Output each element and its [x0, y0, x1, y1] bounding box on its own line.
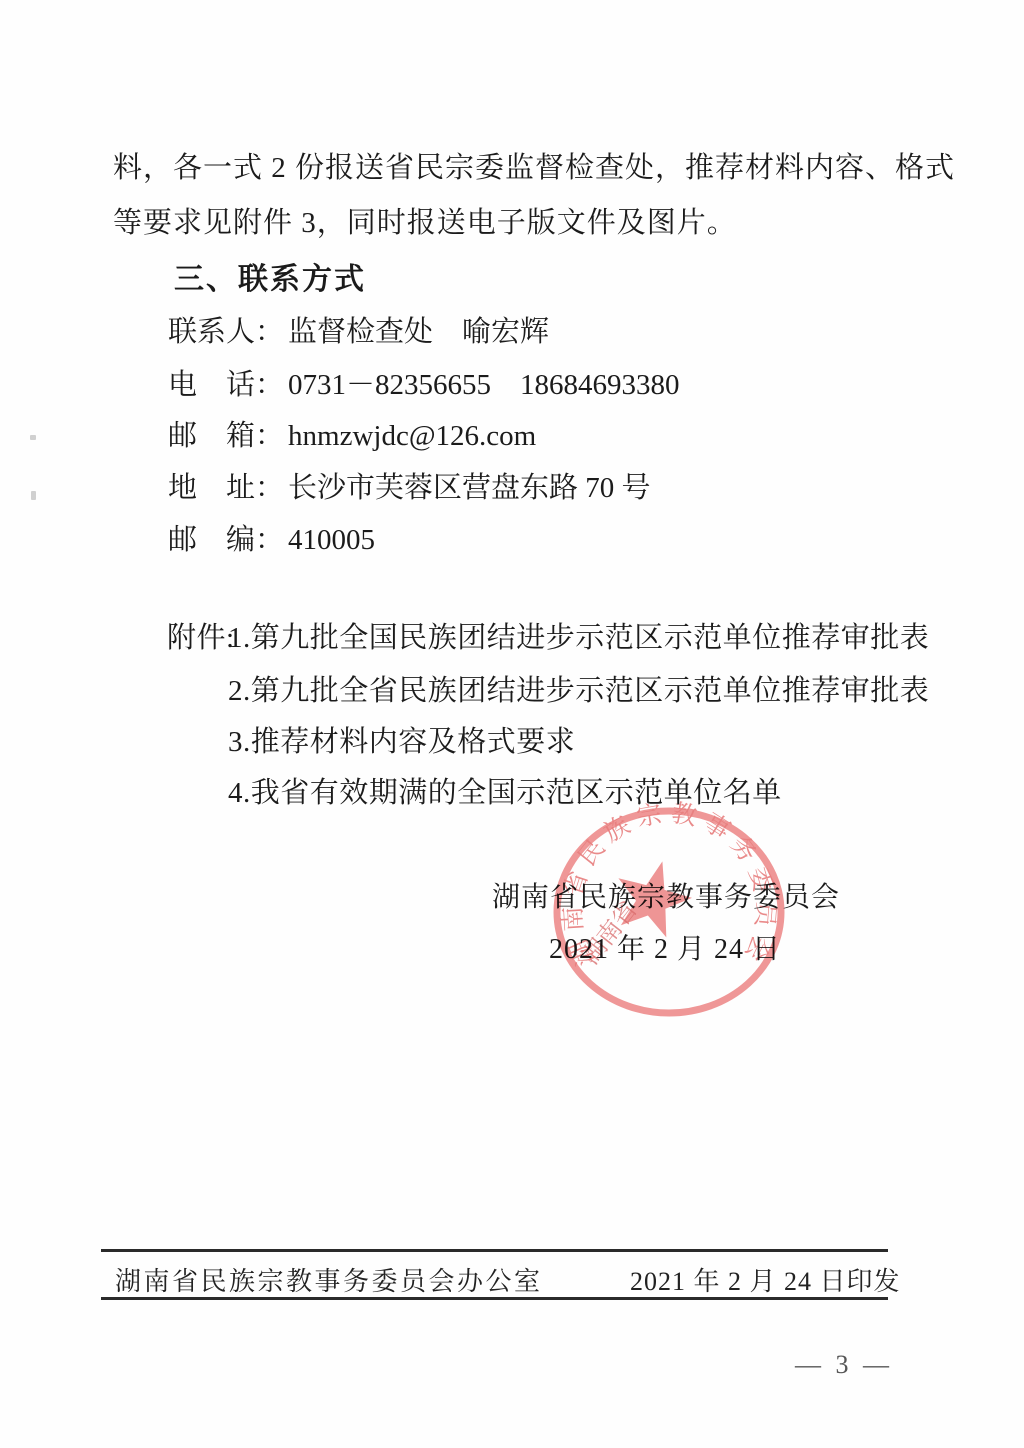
- contact-value: 监督检查处 喻宏辉: [288, 309, 549, 350]
- attachments-label: 附件:: [167, 615, 235, 656]
- footer-print-date: 2021 年 2 月 24 日印发: [630, 1261, 901, 1298]
- attachment-item-3: 3.推荐材料内容及格式要求: [228, 719, 575, 760]
- scan-speck: [30, 435, 36, 440]
- attachment-item-1: 1.第九批全国民族团结进步示范区示范单位推荐审批表: [228, 615, 929, 656]
- contact-row-address: 地 址：长沙市芙蓉区营盘东路 70 号: [168, 465, 651, 506]
- attachment-item-2: 2.第九批全省民族团结进步示范区示范单位推荐审批表: [228, 668, 929, 709]
- contact-value: 0731－82356655 18684693380: [288, 362, 680, 403]
- scanned-document-page: 料，各一式 2 份报送省民宗委监督检查处，推荐材料内容、格式 等要求见附件 3，…: [0, 0, 1024, 1448]
- contact-label: 地 址：: [168, 465, 284, 506]
- body-line-1: 料，各一式 2 份报送省民宗委监督检查处，推荐材料内容、格式: [113, 145, 955, 186]
- contact-row-phone: 电 话：0731－82356655 18684693380: [168, 362, 680, 403]
- page-number: — 3 —: [795, 1350, 893, 1380]
- contact-row-person: 联系人：监督检查处 喻宏辉: [168, 309, 549, 350]
- contact-label: 电 话：: [168, 362, 284, 403]
- scan-speck: [31, 491, 36, 500]
- contact-label: 联系人：: [168, 309, 284, 350]
- body-line-2: 等要求见附件 3，同时报送电子版文件及图片。: [113, 200, 737, 241]
- contact-label: 邮 编：: [168, 517, 284, 558]
- contact-label: 邮 箱：: [168, 413, 284, 454]
- contact-row-postcode: 邮 编：410005: [168, 517, 375, 558]
- contact-row-email: 邮 箱：hnmzwjdc@126.com: [168, 413, 536, 454]
- footer-issuing-office: 湖南省民族宗教事务委员会办公室: [115, 1261, 543, 1298]
- footer-rule-top: [101, 1249, 888, 1252]
- official-seal: 湖南省民族宗教事务委员会 湖南省: [548, 800, 790, 1026]
- contact-value: 410005: [288, 524, 375, 557]
- section-heading: 三、联系方式: [174, 254, 366, 298]
- contact-value: hnmzwjdc@126.com: [288, 420, 536, 453]
- footer-rule-bottom: [101, 1297, 888, 1300]
- contact-value: 长沙市芙蓉区营盘东路 70 号: [288, 465, 651, 506]
